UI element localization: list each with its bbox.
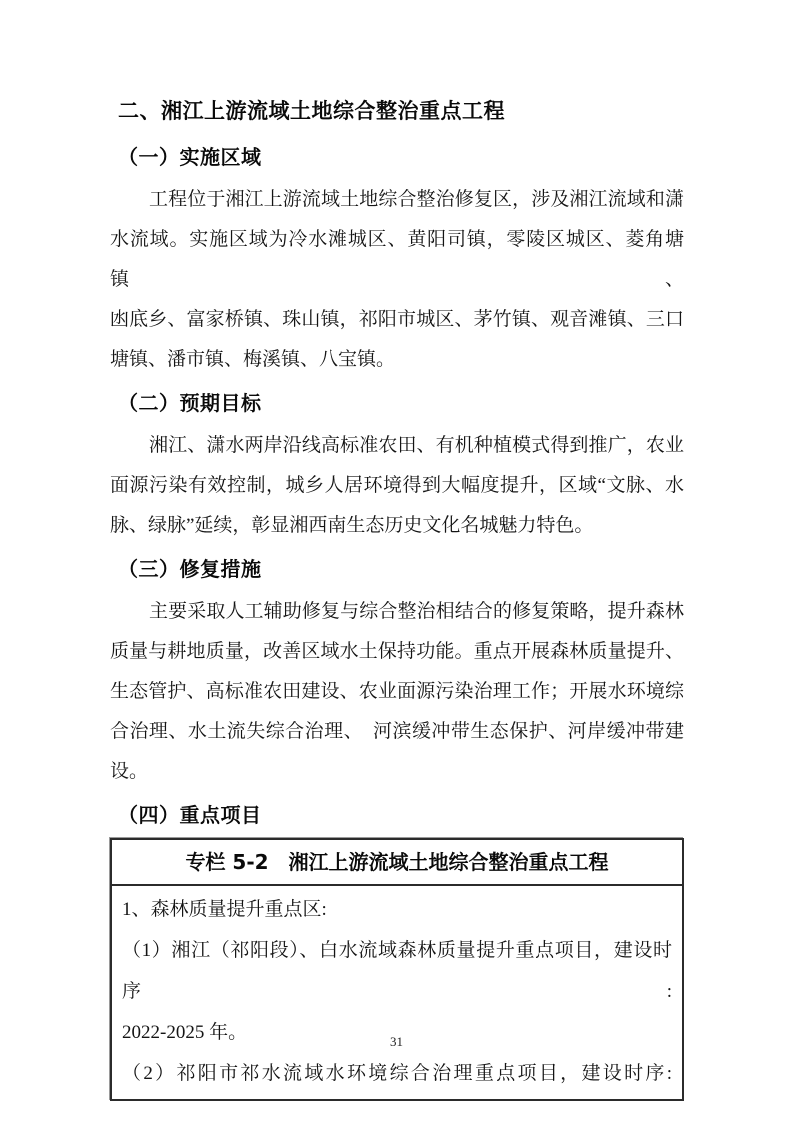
page-number: 31 [0,1034,793,1050]
paragraph-line: 凼底乡、富家桥镇、珠山镇，祁阳市城区、茅竹镇、观音滩镇、三口 [110,300,684,340]
section-heading-key-projects: （四）重点项目 [118,800,684,830]
box-line: （1）湘江（祁阳段）、白水流域森林质量提升重点项目，建设时序: [122,930,672,1012]
highlight-box: 专栏 5-2 湘江上游流域土地综合整治重点工程 1、森林质量提升重点区: （1）… [110,838,684,1101]
paragraph-line: 塘镇、潘市镇、梅溪镇、八宝镇。 [110,340,684,380]
chapter-title: 二、湘江上游流域土地综合整治重点工程 [118,96,684,126]
paragraph-implementation-area: 工程位于湘江上游流域土地综合整治修复区，涉及湘江流域和潇 水流域。实施区域为冷水… [110,180,684,380]
highlight-box-title: 专栏 5-2 湘江上游流域土地综合整治重点工程 [112,840,682,886]
section-heading-restoration-measures: （三）修复措施 [118,554,684,584]
paragraph-line: 脉、绿脉”延续，彰显湘西南生态历史文化名城魅力特色。 [110,506,684,546]
paragraph-line: 设。 [110,752,684,792]
paragraph-line: 工程位于湘江上游流域土地综合整治修复区，涉及湘江流域和潇 [110,180,684,220]
document-page: 二、湘江上游流域土地综合整治重点工程 （一）实施区域 工程位于湘江上游流域土地综… [0,0,793,1122]
page-content: 二、湘江上游流域土地综合整治重点工程 （一）实施区域 工程位于湘江上游流域土地综… [110,96,684,1101]
paragraph-line: 湘江、潇水两岸沿线高标准农田、有机种植模式得到推广，农业 [110,426,684,466]
section-heading-implementation-area: （一）实施区域 [118,142,684,172]
box-line: 1、森林质量提升重点区: [122,889,672,930]
paragraph-line: 生态管护、高标准农田建设、农业面源污染治理工作；开展水环境综 [110,672,684,712]
paragraph-line: 主要采取人工辅助修复与综合整治相结合的修复策略，提升森林 [110,592,684,632]
paragraph-line: 质量与耕地质量，改善区域水土保持功能。重点开展森林质量提升、 [110,632,684,672]
section-heading-expected-goals: （二）预期目标 [118,388,684,418]
box-line: （2）祁阳市祁水流域水环境综合治理重点项目，建设时序: [122,1053,672,1094]
paragraph-expected-goals: 湘江、潇水两岸沿线高标准农田、有机种植模式得到推广，农业 面源污染有效控制，城乡… [110,426,684,546]
paragraph-line: 合治理、水土流失综合治理、 河滨缓冲带生态保护、河岸缓冲带建 [110,712,684,752]
paragraph-restoration-measures: 主要采取人工辅助修复与综合整治相结合的修复策略，提升森林 质量与耕地质量，改善区… [110,592,684,792]
paragraph-line: 水流域。实施区域为冷水滩城区、黄阳司镇，零陵区城区、菱角塘镇、 [110,220,684,300]
highlight-box-body: 1、森林质量提升重点区: （1）湘江（祁阳段）、白水流域森林质量提升重点项目，建… [112,886,682,1099]
paragraph-line: 面源污染有效控制，城乡人居环境得到大幅度提升，区域“文脉、水 [110,466,684,506]
